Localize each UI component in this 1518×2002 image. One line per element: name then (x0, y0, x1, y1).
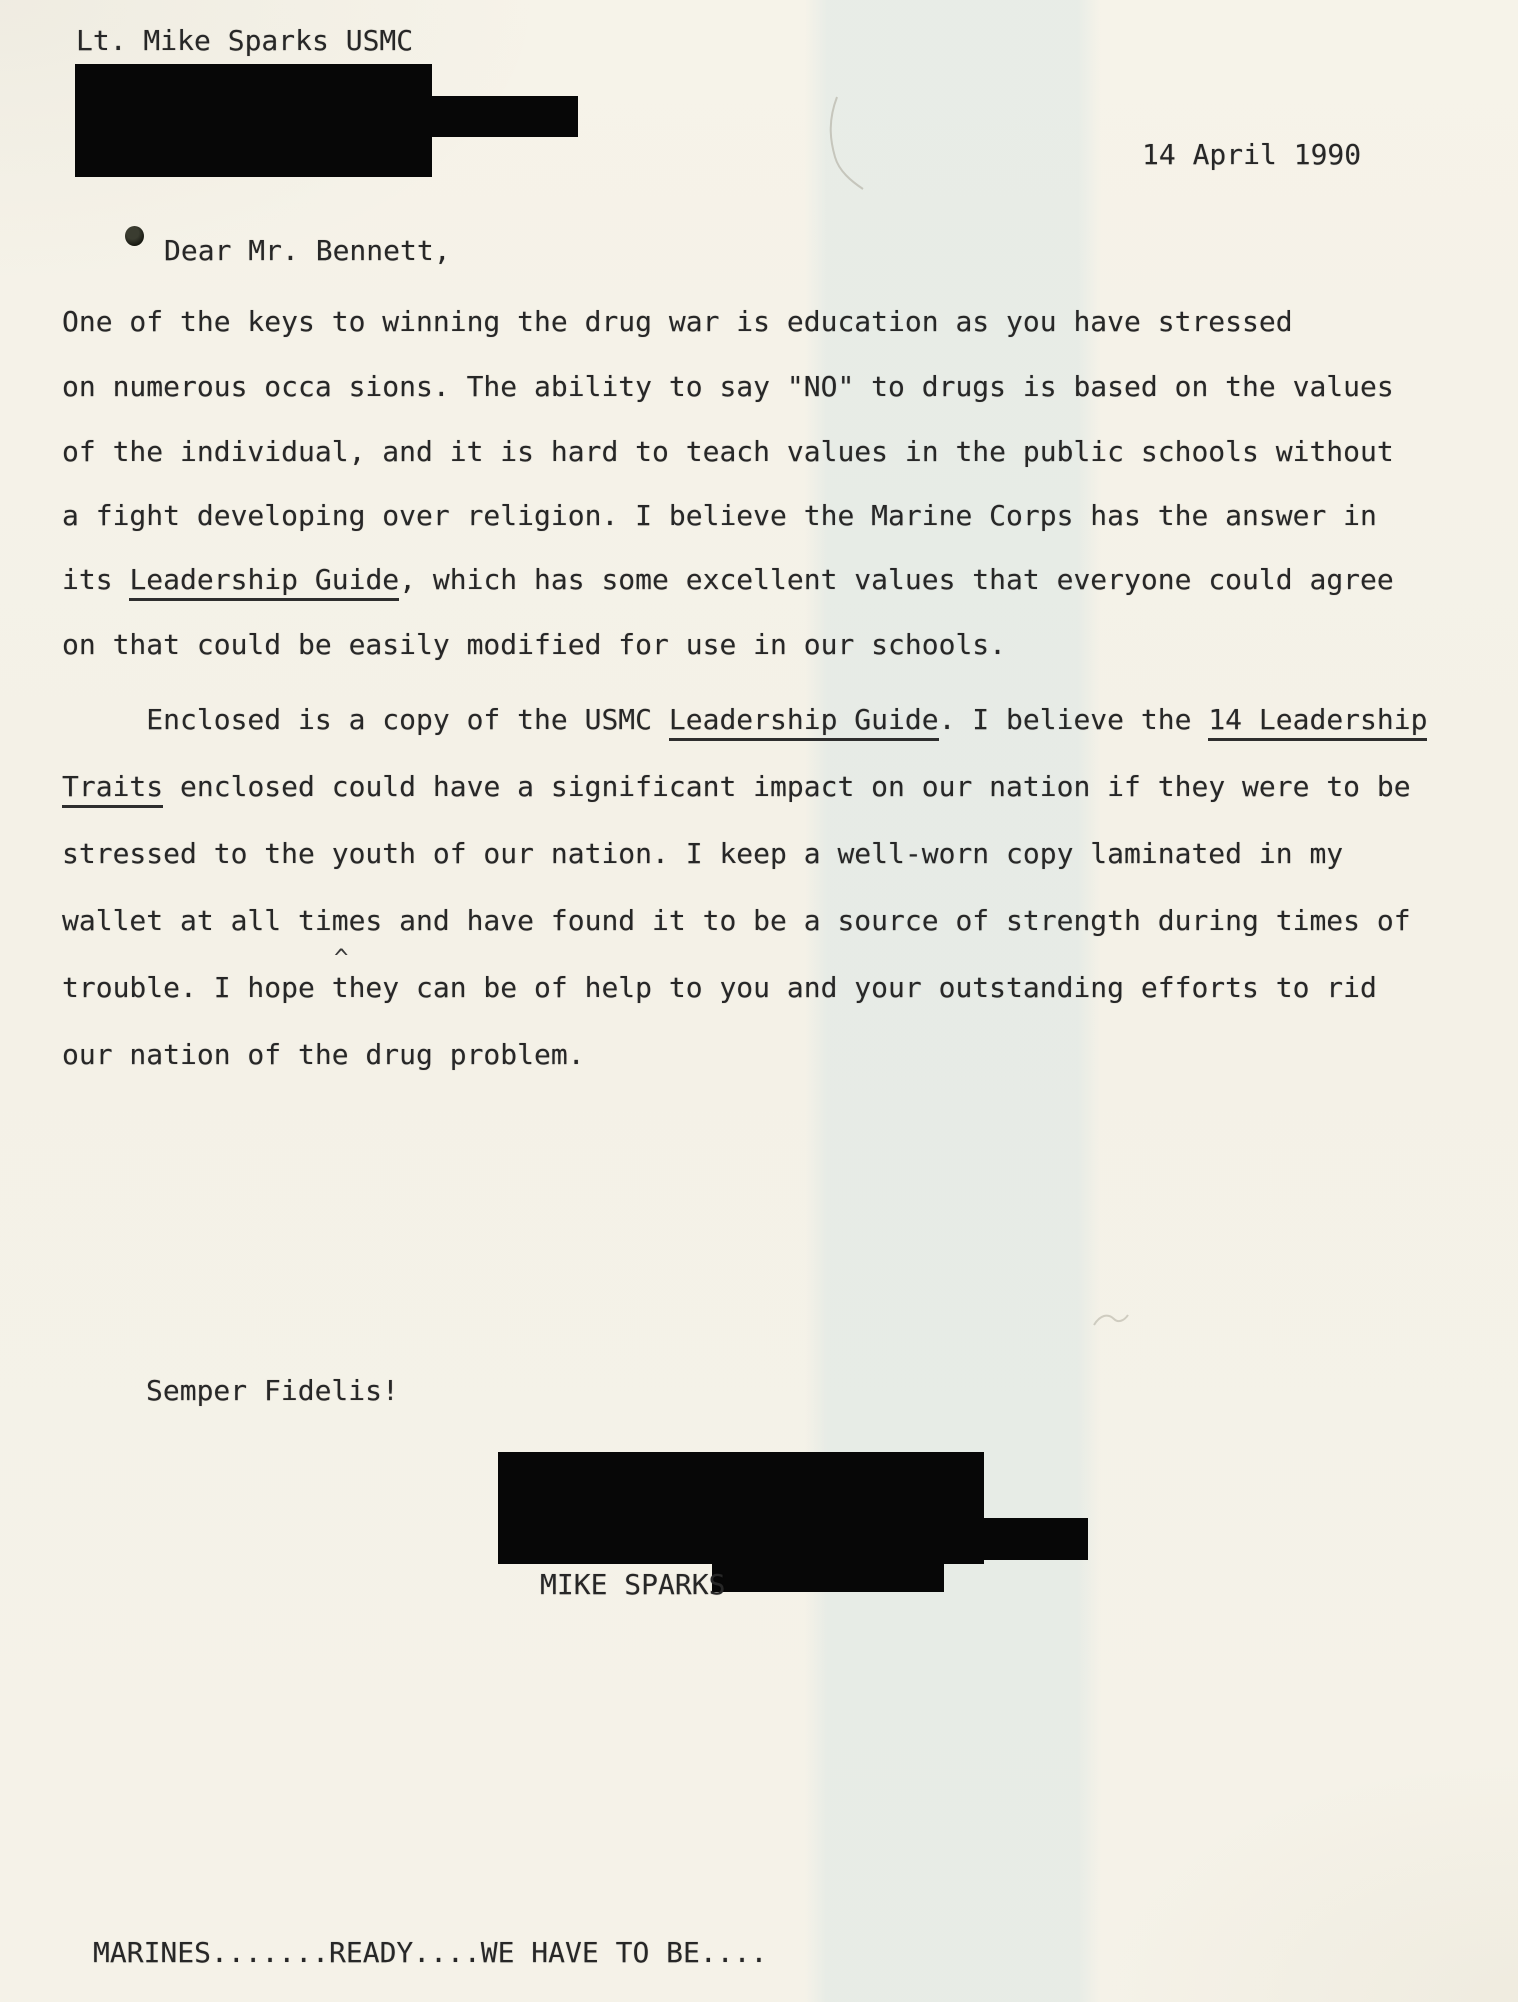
letter-line: Enclosed is a copy of the USMC Leadershi… (62, 703, 1427, 737)
text-run: , which has some excellent values that e… (399, 563, 1394, 596)
closing-text: Semper Fidelis! (146, 1374, 399, 1408)
footer-slogan: MARINES.......READY....WE HAVE TO BE.... (93, 1936, 767, 1970)
text-run: trouble. I hope they can be of help to y… (62, 971, 1377, 1004)
redaction-block-signature-arm (983, 1518, 1088, 1560)
letter-line: One of the keys to winning the drug war … (62, 305, 1293, 339)
text-run: our nation of the drug problem. (62, 1038, 585, 1071)
letter-page: Lt. Mike Sparks USMC 14 April 1990 Dear … (0, 0, 1518, 2002)
letter-line: a fight developing over religion. I beli… (62, 499, 1377, 533)
text-run: its (62, 563, 129, 596)
text-run: One of the keys to winning the drug war … (62, 305, 1293, 338)
underlined-phrase: Leadership Guide (129, 563, 399, 601)
letter-line: Traits enclosed could have a significant… (62, 770, 1411, 804)
underlined-phrase: 14 Leadership (1208, 703, 1427, 741)
letter-line: our nation of the drug problem. (62, 1038, 585, 1072)
letter-line: its Leadership Guide, which has some exc… (62, 563, 1394, 597)
text-run: enclosed could have a significant impact… (163, 770, 1410, 803)
greeting-text: Dear Mr. Bennett, (164, 234, 451, 268)
letter-line: stressed to the youth of our nation. I k… (62, 837, 1343, 871)
sender-line: Lt. Mike Sparks USMC (76, 24, 413, 58)
text-run: on numerous occa sions. The ability to s… (62, 370, 1394, 403)
text-run: of the individual, and it is hard to tea… (62, 435, 1394, 468)
underlined-phrase: Traits (62, 770, 163, 808)
redaction-block-address (75, 64, 432, 177)
redaction-block-address-arm (432, 96, 578, 137)
scan-curl-mark (1090, 1305, 1130, 1335)
stamp-dot-mark (125, 226, 144, 246)
typed-name-text: MIKE SPARKS (540, 1568, 725, 1602)
text-run: wallet at all times and have found it to… (62, 904, 1411, 937)
redaction-block-signature-lower (712, 1561, 944, 1592)
letter-line: of the individual, and it is hard to tea… (62, 435, 1394, 469)
scan-crease-mark (815, 95, 865, 195)
letter-line: wallet at all times and have found it to… (62, 904, 1411, 938)
letter-line: trouble. I hope they can be of help to y… (62, 971, 1377, 1005)
text-run: stressed to the youth of our nation. I k… (62, 837, 1343, 870)
underlined-phrase: Leadership Guide (669, 703, 939, 741)
letter-line: on that could be easily modified for use… (62, 628, 1006, 662)
redaction-block-signature (498, 1452, 984, 1564)
letter-line: on numerous occa sions. The ability to s… (62, 370, 1394, 404)
date-text: 14 April 1990 (1142, 138, 1361, 172)
caret-annotation-mark: ^ (334, 944, 348, 972)
text-run: Enclosed is a copy of the USMC (62, 703, 669, 736)
text-run: . I believe the (939, 703, 1209, 736)
text-run: a fight developing over religion. I beli… (62, 499, 1377, 532)
text-run: on that could be easily modified for use… (62, 628, 1006, 661)
